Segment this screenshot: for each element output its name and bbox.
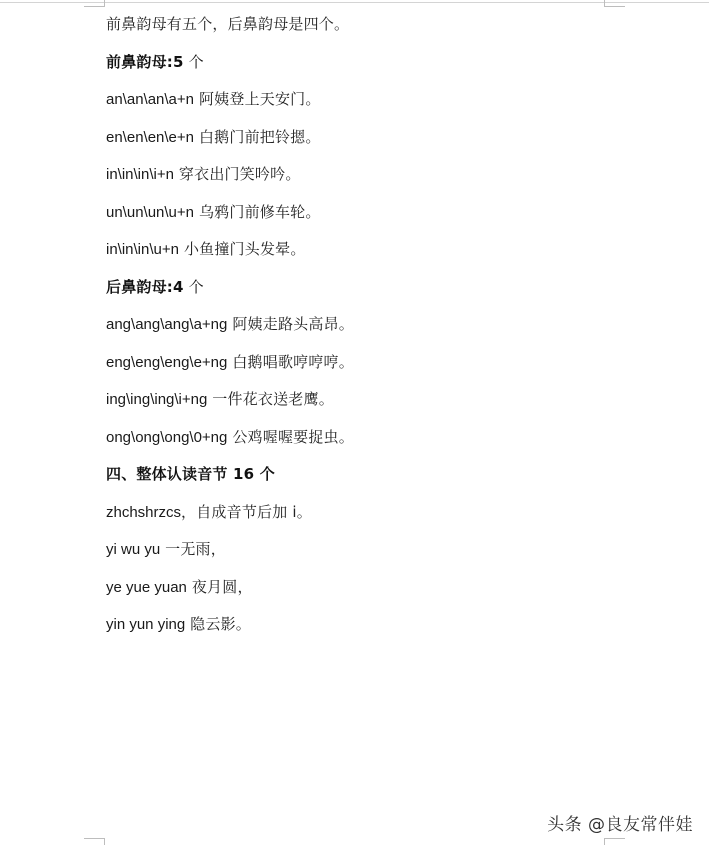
rhyme-text: 公鸡喔喔要捉虫。: [227, 428, 354, 446]
margin-corner-mark-top-right: [604, 0, 625, 7]
pinyin-text: ong\ong\ong\0+ng: [106, 429, 227, 446]
heading-title: 四、整体认读音节: [106, 465, 228, 483]
rhyme-text: 阿姨登上天安门。: [194, 90, 321, 108]
pinyin-text: un\un\un\u+n: [106, 204, 194, 221]
heading-count: 个: [184, 53, 204, 71]
pinyin-text: en\en\en\e+n: [106, 129, 194, 146]
pinyin-text: in\in\in\u+n: [106, 241, 179, 258]
rhyme-line-un: un\un\un\u+n 乌鸦门前修车轮。: [106, 200, 606, 238]
pinyin-text: ye yue yuan: [106, 579, 187, 596]
rhyme-text: 夜月圆，: [187, 578, 253, 596]
page-top-edge: [0, 2, 709, 3]
rhyme-line-ang: ang\ang\ang\a+ng 阿姨走路头高昂。: [106, 312, 606, 350]
rhyme-line-ing: ing\ing\ing\i+ng 一件花衣送老鹰。: [106, 387, 606, 425]
pinyin-text: eng\eng\eng\e+ng: [106, 354, 227, 371]
section-heading-front-nasal: 前鼻韵母:5 个: [106, 50, 606, 88]
syllable-line-yi-wu-yu: yi wu yu 一无雨，: [106, 537, 606, 575]
syllable-line-ye-yue-yuan: ye yue yuan 夜月圆，: [106, 575, 606, 613]
rhyme-text: 穿衣出门笑吟吟。: [174, 165, 301, 183]
syllable-line-zh-ch-sh: zhchshrzcs，自成音节后加 i。: [106, 500, 606, 538]
rhyme-text: 乌鸦门前修车轮。: [194, 203, 321, 221]
margin-corner-mark-top-left: [84, 0, 105, 7]
intro-text: 前鼻韵母有五个，后鼻韵母是四个。: [106, 15, 349, 33]
rhyme-line-an: an\an\an\a+n 阿姨登上天安门。: [106, 87, 606, 125]
document-body: 前鼻韵母有五个，后鼻韵母是四个。 前鼻韵母:5 个 an\an\an\a+n 阿…: [106, 12, 606, 650]
pinyin-text: zhchshrzcs: [106, 504, 181, 521]
pinyin-text: ing\ing\ing\i+ng: [106, 391, 207, 408]
rhyme-text: 一件花衣送老鹰。: [207, 390, 334, 408]
heading-count: 16 个: [228, 465, 275, 483]
pinyin-text: ang\ang\ang\a+ng: [106, 316, 227, 333]
pinyin-text: yi wu yu: [106, 541, 160, 558]
rhyme-text: 白鹅唱歌哼哼哼。: [227, 353, 354, 371]
rhyme-line-in: in\in\in\i+n 穿衣出门笑吟吟。: [106, 162, 606, 200]
rhyme-line-en: en\en\en\e+n 白鹅门前把铃摁。: [106, 125, 606, 163]
pinyin-text: yin yun ying: [106, 616, 185, 633]
syllable-line-yin-yun-ying: yin yun ying 隐云影。: [106, 612, 606, 650]
pinyin-text: an\an\an\a+n: [106, 91, 194, 108]
heading-count: 个: [184, 278, 204, 296]
margin-corner-mark-bottom-right: [604, 838, 625, 845]
margin-corner-mark-bottom-left: [84, 838, 105, 845]
rhyme-line-ong: ong\ong\ong\0+ng 公鸡喔喔要捉虫。: [106, 425, 606, 463]
rhyme-line-eng: eng\eng\eng\e+ng 白鹅唱歌哼哼哼。: [106, 350, 606, 388]
rhyme-line-vn: in\in\in\u+n 小鱼撞门头发晕。: [106, 237, 606, 275]
heading-title: 后鼻韵母:4: [106, 278, 184, 296]
watermark: 头条 @良友常伴娃: [547, 810, 693, 835]
rhyme-text: 白鹅门前把铃摁。: [194, 128, 321, 146]
heading-title: 前鼻韵母:5: [106, 53, 184, 71]
intro-paragraph: 前鼻韵母有五个，后鼻韵母是四个。: [106, 12, 606, 50]
rhyme-text: 一无雨，: [160, 540, 226, 558]
pinyin-text: in\in\in\i+n: [106, 166, 174, 183]
section-heading-whole-syllables: 四、整体认读音节 16 个: [106, 462, 606, 500]
rhyme-text: ，自成音节后加 i。: [181, 503, 312, 521]
rhyme-text: 阿姨走路头高昂。: [227, 315, 354, 333]
section-heading-back-nasal: 后鼻韵母:4 个: [106, 275, 606, 313]
rhyme-text: 小鱼撞门头发晕。: [179, 240, 306, 258]
rhyme-text: 隐云影。: [185, 615, 251, 633]
